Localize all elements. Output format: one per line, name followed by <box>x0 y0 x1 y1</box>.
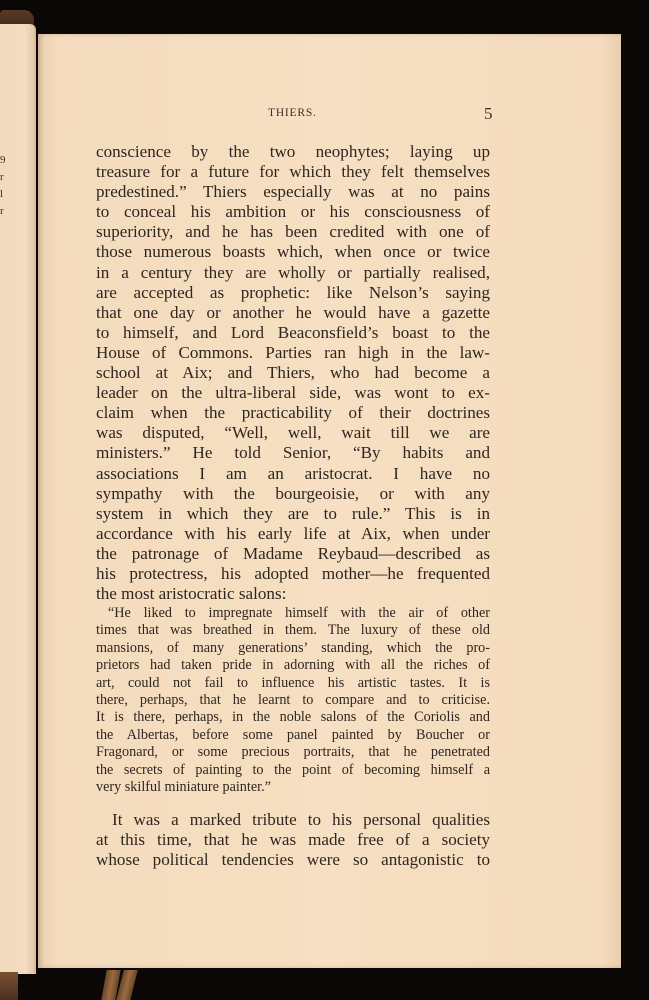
text-line: the most aristocratic salons: <box>96 584 490 604</box>
text-line: are accepted as prophetic: like Nelson’s… <box>96 283 490 303</box>
quote-line: It is there, perhaps, in the noble salon… <box>96 709 490 726</box>
text-line: accordance with his early life at Aix, w… <box>96 524 490 544</box>
running-head-title: THIERS. <box>268 107 317 119</box>
left-fragment: l <box>0 186 12 203</box>
quote-line: Fragonard, or some precious portraits, t… <box>96 744 490 761</box>
quote-line: art, could not fail to influence his art… <box>96 675 490 692</box>
text-line: at this time, that he was made free of a… <box>96 830 490 850</box>
page-number: 5 <box>484 104 493 124</box>
text-line: superiority, and he has been credited wi… <box>96 222 490 242</box>
text-line: House of Commons. Parties ran high in th… <box>96 343 490 363</box>
quote-line: times that was breathed in them. The lux… <box>96 622 490 639</box>
text-line: the patronage of Madame Reybaud—describe… <box>96 544 490 564</box>
running-head: THIERS. 5 <box>0 104 649 126</box>
text-line: predestined.” Thiers especially was at n… <box>96 182 490 202</box>
quote-line: prietors had taken pride in adorning wit… <box>96 657 490 674</box>
text-line: in a century they are wholly or partiall… <box>96 263 490 283</box>
quote-line: “He liked to impregnate himself with the… <box>96 605 490 622</box>
body-paragraph: conscience by the two neophytes; laying … <box>96 142 490 604</box>
text-line: his protectress, his adopted mother—he f… <box>96 564 490 584</box>
text-line: conscience by the two neophytes; laying … <box>96 142 490 162</box>
book-binding-bottom <box>0 972 18 1000</box>
text-line: whose political tendencies were so antag… <box>96 850 490 870</box>
text-line: claim when the practicability of their d… <box>96 403 490 423</box>
quote-line: the secrets of painting to the point of … <box>96 762 490 779</box>
text-line: system in which they are to rule.” This … <box>96 504 490 524</box>
left-page-text-fragments: 9 r l r <box>0 152 12 220</box>
text-line: school at Aix; and Thiers, who had becom… <box>96 363 490 383</box>
text-line: It was a marked tribute to his personal … <box>96 810 490 830</box>
text-line: ministers.” He told Senior, “By habits a… <box>96 443 490 463</box>
left-fragment: 9 <box>0 152 12 169</box>
text-line: was disputed, “Well, well, wait till we … <box>96 423 490 443</box>
text-line: to himself, and Lord Beaconsfield’s boas… <box>96 323 490 343</box>
left-fragment: r <box>0 169 12 186</box>
quote-line: the Albertas, before some panel painted … <box>96 727 490 744</box>
text-line: treasure for a future for which they fel… <box>96 162 490 182</box>
text-line: those numerous boasts which, when once o… <box>96 242 490 262</box>
quote-line: mansions, of many generations’ standing,… <box>96 640 490 657</box>
quote-line: very skilful miniature painter.” <box>96 779 490 796</box>
left-fragment: r <box>0 203 12 220</box>
text-line: leader on the ultra-liberal side, was wo… <box>96 383 490 403</box>
quote-line: there, perhaps, that he learnt to compar… <box>96 692 490 709</box>
text-line: sympathy with the bourgeoisie, or with a… <box>96 484 490 504</box>
text-line: associations I am an aristocrat. I have … <box>96 464 490 484</box>
text-line: to conceal his ambition or his conscious… <box>96 202 490 222</box>
block-quote: “He liked to impregnate himself with the… <box>96 605 490 796</box>
left-page-edge: 9 r l r <box>0 24 36 974</box>
text-line: that one day or another he would have a … <box>96 303 490 323</box>
body-paragraph-2: It was a marked tribute to his personal … <box>96 810 490 870</box>
